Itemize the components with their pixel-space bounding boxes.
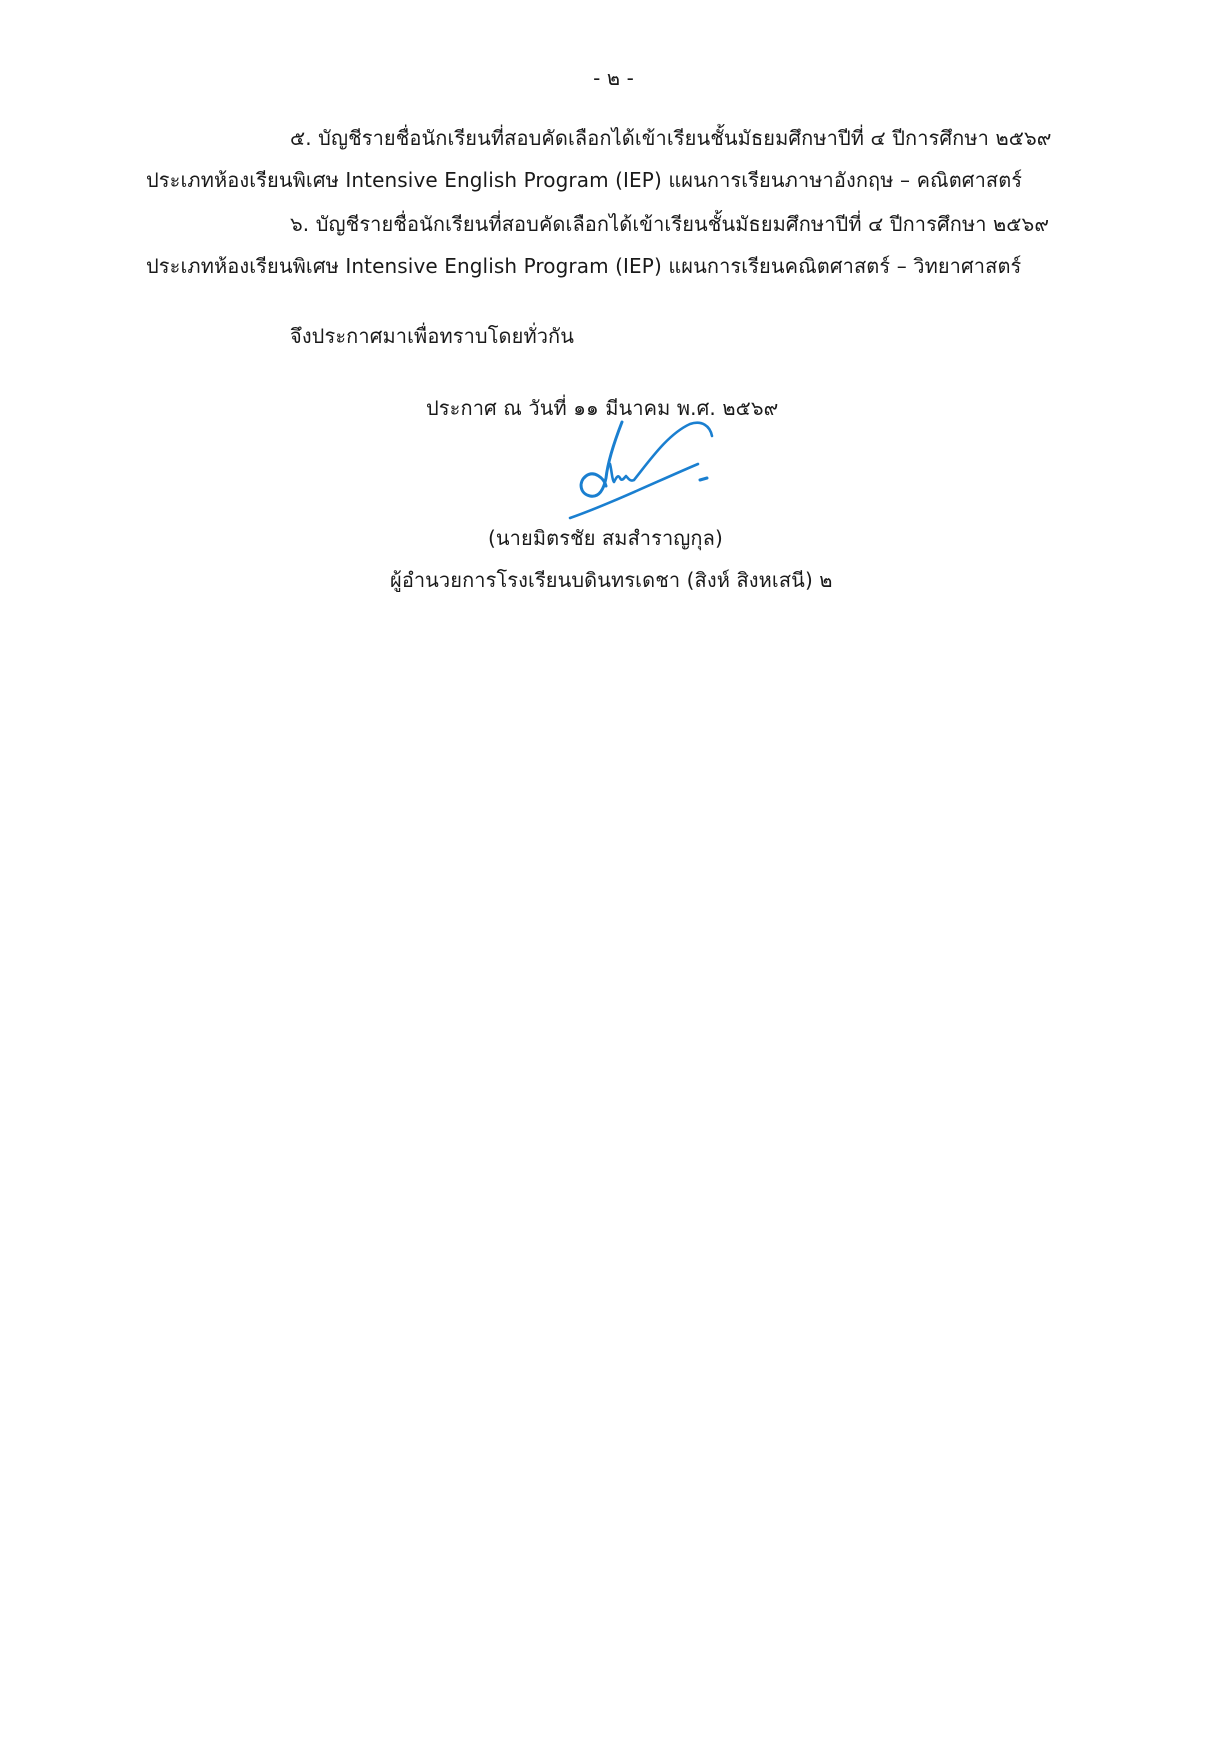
list-item-6-line-1: ๖. บัญชีรายชื่อนักเรียนที่สอบคัดเลือกได้… bbox=[290, 210, 1049, 238]
list-item-5-line-1: ๕. บัญชีรายชื่อนักเรียนที่สอบคัดเลือกได้… bbox=[290, 124, 1052, 152]
closing-statement: จึงประกาศมาเพื่อทราบโดยทั่วกัน bbox=[290, 322, 574, 350]
page-number: - ๒ - bbox=[0, 64, 1227, 92]
signatory-position: ผู้อำนวยการโรงเรียนบดินทรเดชา (สิงห์ สิง… bbox=[390, 566, 833, 594]
announcement-date: ประกาศ ณ วันที่ ๑๑ มีนาคม พ.ศ. ๒๕๖๙ bbox=[426, 394, 778, 422]
signature-icon bbox=[560, 420, 720, 520]
signatory-name: (นายมิตรชัย สมสำราญกุล) bbox=[488, 524, 723, 552]
list-item-6-line-2: ประเภทห้องเรียนพิเศษ Intensive English P… bbox=[146, 252, 1021, 280]
list-item-5-line-2: ประเภทห้องเรียนพิเศษ Intensive English P… bbox=[146, 166, 1022, 194]
